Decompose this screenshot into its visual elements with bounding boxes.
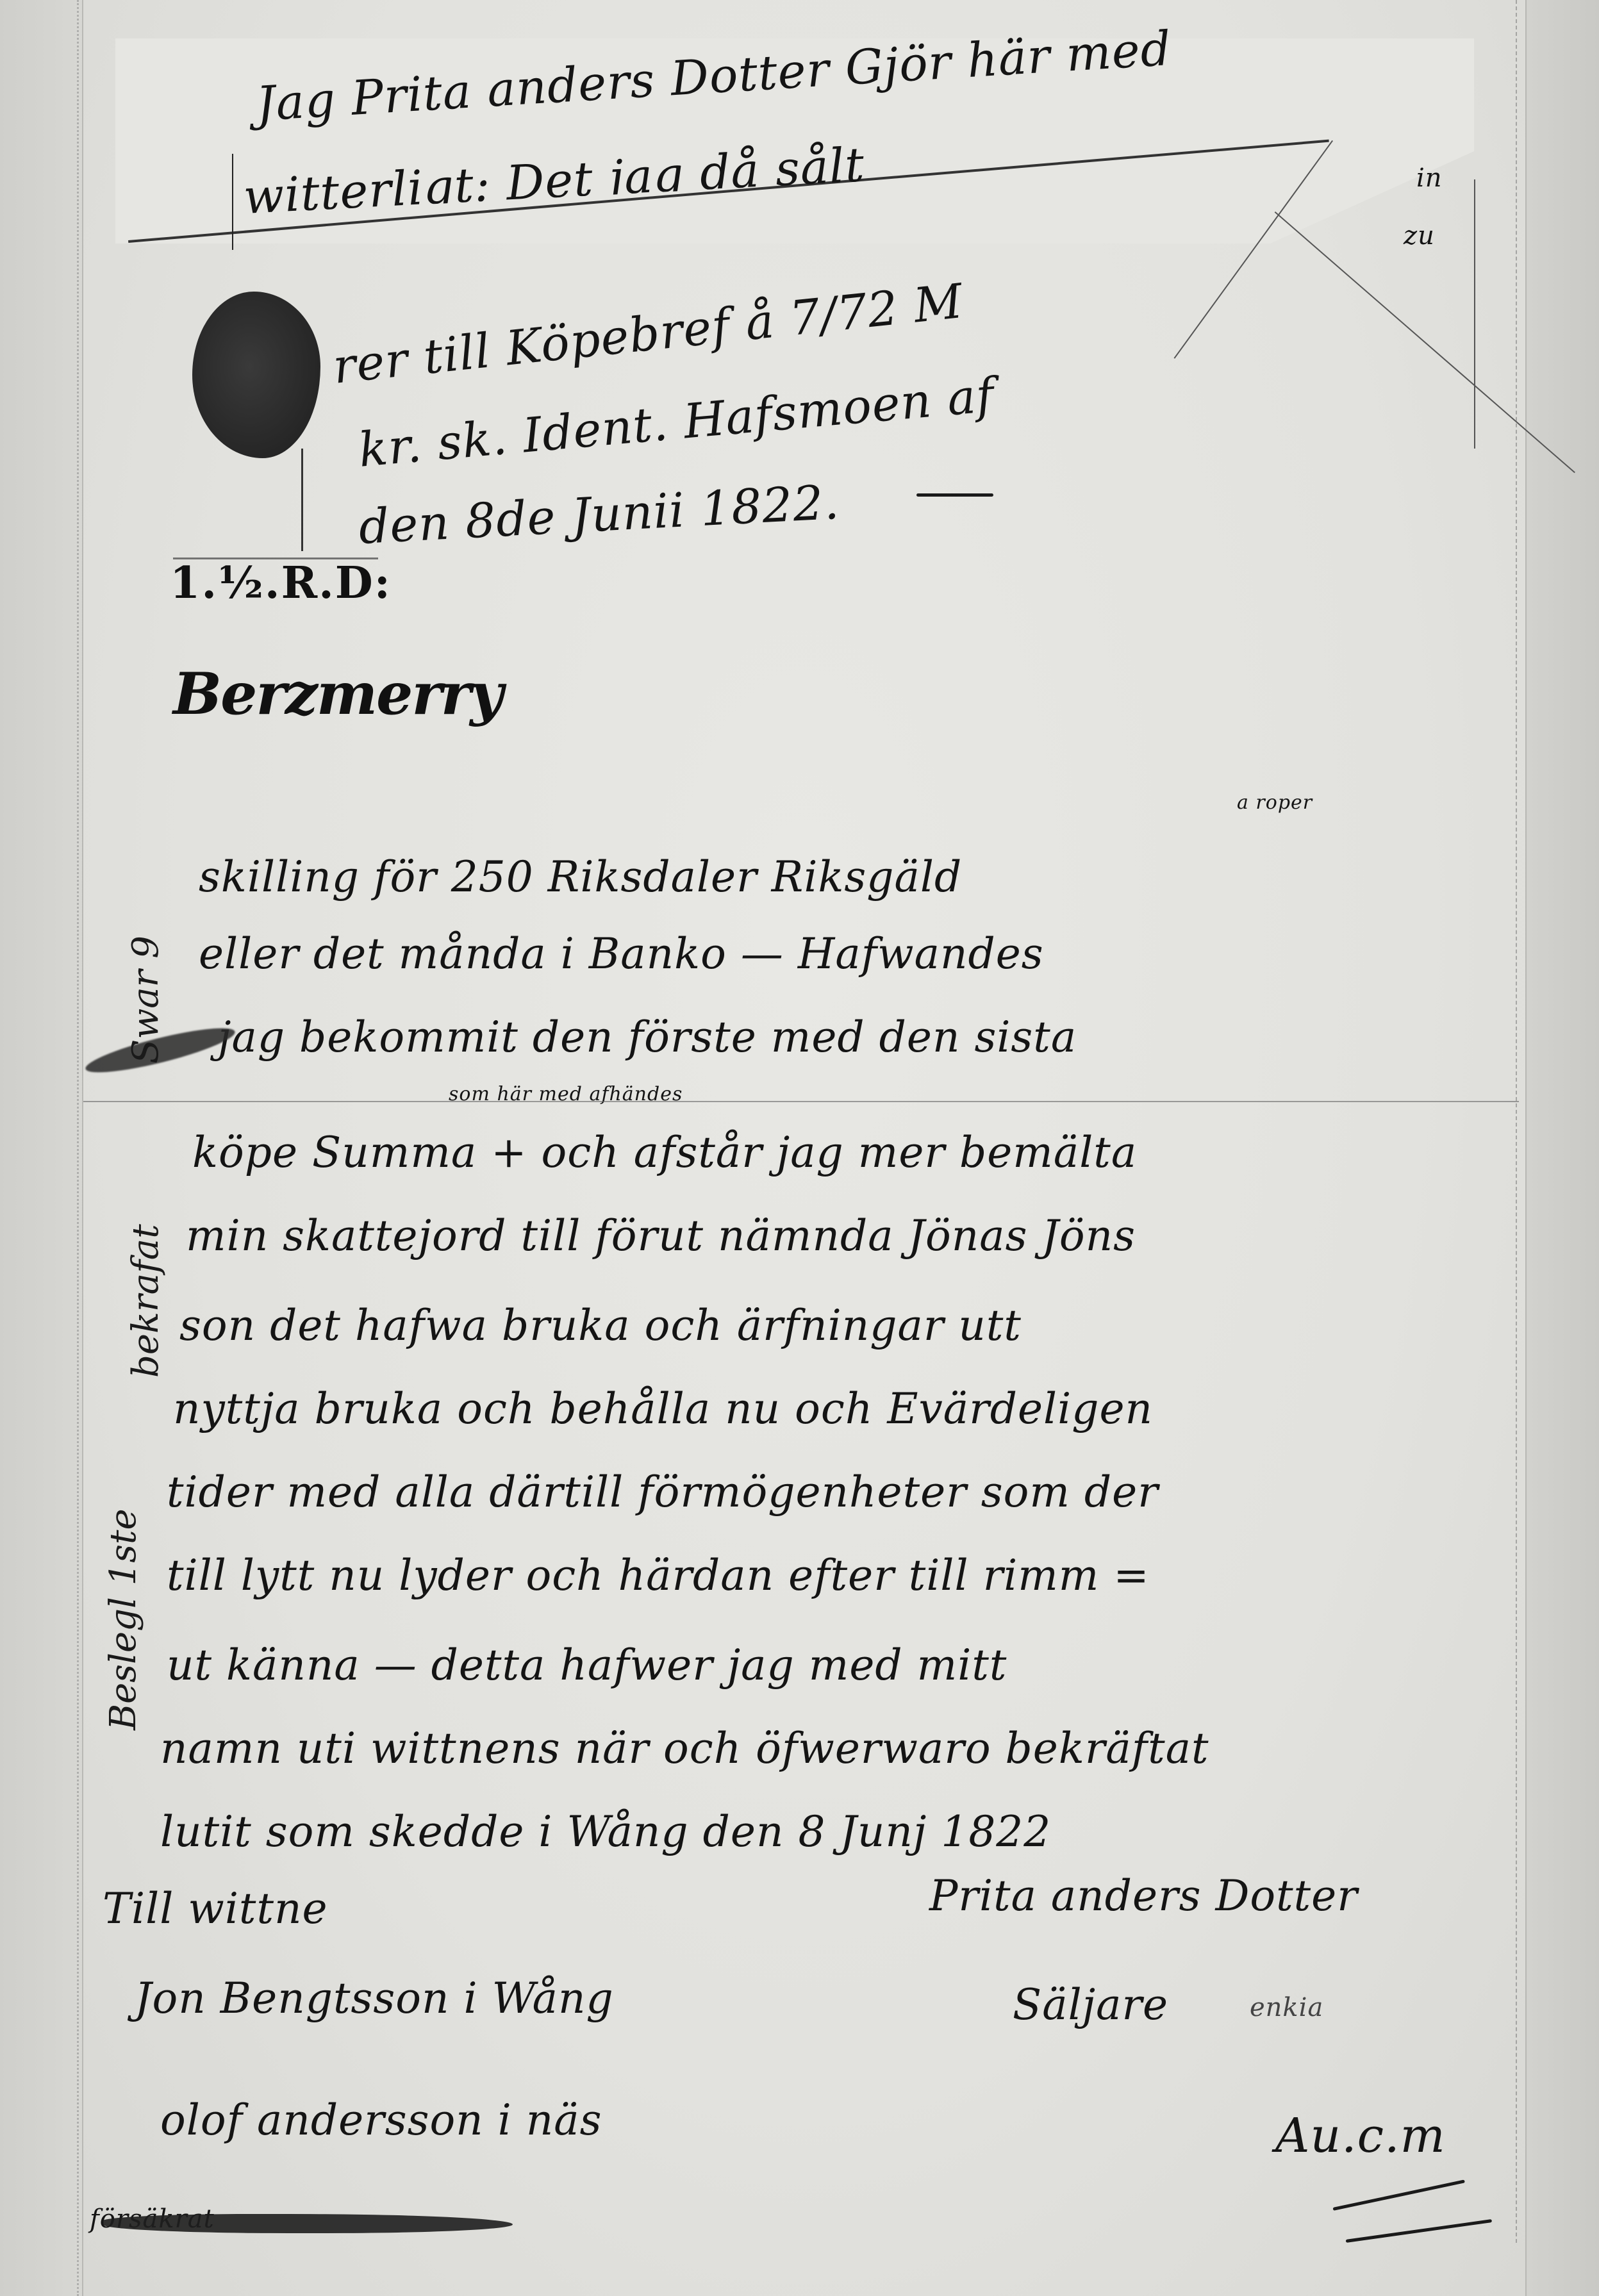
witness-1-signature: Jon Bengtsson i Wång (135, 1974, 614, 2023)
bracket-line (232, 154, 233, 250)
body-line-8: tider med alla därtill förmögenheter som… (167, 1467, 1159, 1517)
margin-note-vertical-2: bekrafat (125, 1224, 167, 1378)
witness-2-signature: olof andersson i näs (160, 2095, 602, 2145)
body-line-10: ut känna — detta hafwer jag med mitt (167, 1640, 1007, 1690)
body-line-2: eller det månda i Banko — Hafwandes (199, 929, 1044, 979)
flap-margin-note-2: zu (1404, 221, 1435, 251)
witness-heading: Till wittne (103, 1884, 328, 1933)
body-line-7: nyttja bruka och behålla nu och Evärdeli… (173, 1384, 1153, 1433)
initials-mark: Au.c.m (1275, 2108, 1446, 2163)
horizontal-fold-crease (83, 1101, 1519, 1102)
body-line-4: köpe Summa + och afstår jag mer bemälta (192, 1128, 1137, 1177)
duty-stamp: 1.½.R.D: (170, 557, 392, 609)
seal-string (301, 449, 303, 551)
body-line-3: jag bekommit den förste med den sista (218, 1012, 1077, 1062)
seller-role: Säljare (1013, 1980, 1168, 2029)
margin-note-vertical-1: Swar 9 (125, 936, 167, 1064)
flap-margin-note-1: in (1416, 163, 1443, 193)
header-dash (916, 493, 993, 497)
body-line-9: till lytt nu lyder och härdan efter till… (167, 1551, 1150, 1600)
official-signature-stamp: Berzmerry (173, 660, 502, 728)
sheet-left-edge (77, 0, 81, 2296)
sheet-right-edge (1516, 0, 1520, 2243)
body-line-5: min skattejord till förut nämnda Jönas J… (186, 1211, 1136, 1260)
body-line-12: lutit som skedde i Wång den 8 Junj 1822 (160, 1807, 1051, 1856)
fold-vertical-line (1474, 179, 1475, 449)
body-line-6: son det hafwa bruka och ärfningar utt (179, 1301, 1022, 1350)
body-line-11: namn uti wittnens när och öfwerwaro bekr… (160, 1724, 1209, 1773)
strike-through-blot (103, 2214, 513, 2233)
seller-note: enkia (1250, 1993, 1323, 2022)
seller-signature: Prita anders Dotter (929, 1871, 1358, 1920)
margin-note-vertical-3: Beslegl 1ste (103, 1508, 144, 1730)
insert-note: a roper (1237, 791, 1313, 814)
body-line-1: skilling för 250 Riksdaler Riksgäld (199, 852, 962, 902)
